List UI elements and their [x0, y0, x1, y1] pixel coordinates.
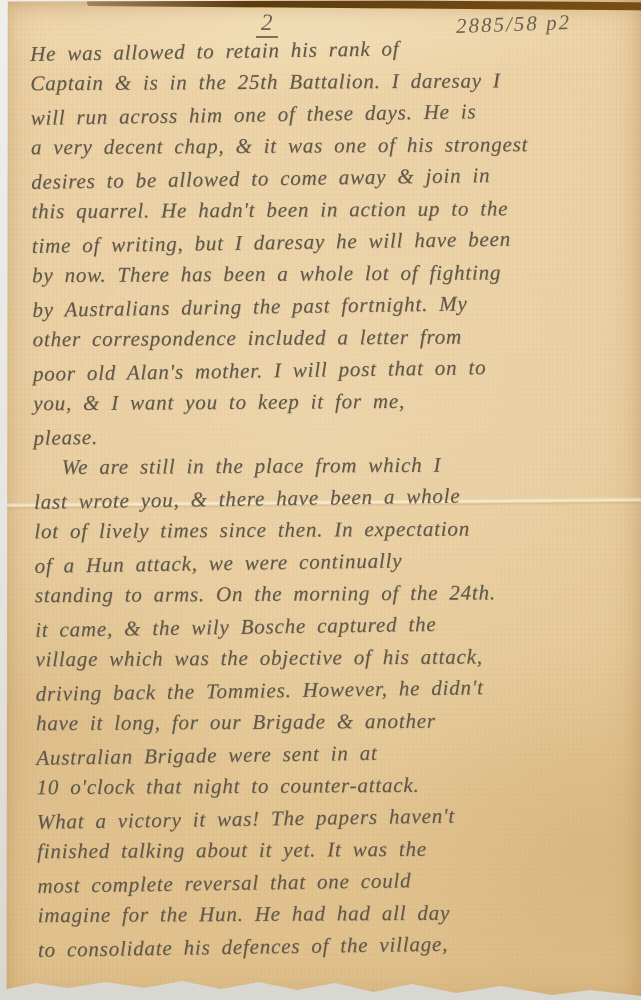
- page-number: 2: [256, 10, 278, 38]
- letter-line: to consolidate his defences of the villa…: [38, 929, 641, 970]
- scan-backdrop: 2 2885/58 p2 He was allowed to retain hi…: [0, 0, 641, 1000]
- letter-paper: 2 2885/58 p2 He was allowed to retain hi…: [4, 0, 641, 1000]
- paper-top-edge-stain: [87, 0, 641, 10]
- letter-body: He was allowed to retain his rank of Cap…: [30, 35, 641, 968]
